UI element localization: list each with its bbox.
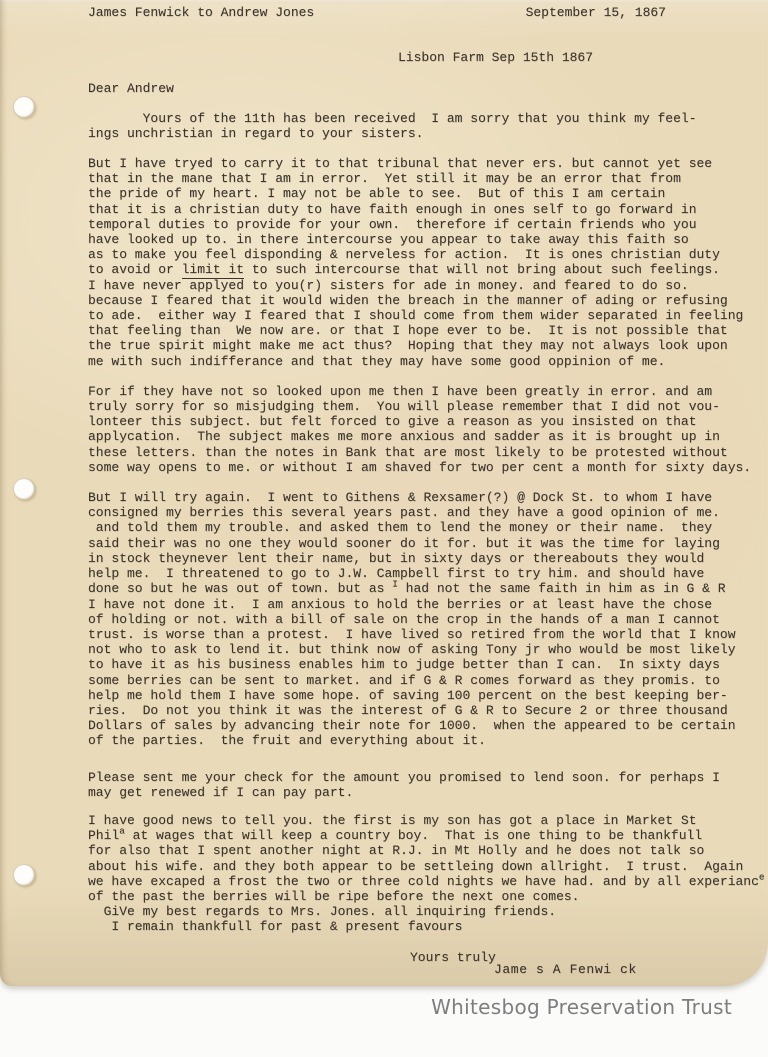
letter-paper: James Fenwick to Andrew Jones September … bbox=[0, 0, 768, 986]
dateline: Lisbon Farm Sep 15th 1867 bbox=[398, 50, 768, 65]
document-header: James Fenwick to Andrew Jones September … bbox=[0, 0, 768, 20]
punch-hole-top bbox=[13, 96, 35, 118]
paragraph: For if they have not so looked upon me t… bbox=[88, 384, 760, 475]
paragraph: Please sent me your check for the amount… bbox=[88, 770, 760, 800]
paragraph: But I will try again. I went to Githens … bbox=[88, 490, 760, 748]
paragraph: I have good news to tell you. the first … bbox=[88, 813, 760, 935]
punch-hole-bottom bbox=[13, 864, 35, 886]
watermark-text: Whitesbog Preservation Trust bbox=[431, 995, 732, 1019]
salutation: Dear Andrew bbox=[88, 81, 768, 96]
scanned-letter-page: { "colors": { "paper": "#e9dab9", "ink":… bbox=[0, 0, 768, 1057]
letter-body: Yours of the 11th has been received I am… bbox=[88, 111, 760, 935]
signature: Jame s A Fenwi ck bbox=[494, 962, 768, 977]
punch-hole-middle bbox=[13, 478, 35, 500]
paragraph: Yours of the 11th has been received I am… bbox=[88, 111, 760, 141]
header-sender-recipient: James Fenwick to Andrew Jones bbox=[88, 5, 314, 20]
paragraph: But I have tryed to carry it to that tri… bbox=[88, 156, 760, 369]
header-date: September 15, 1867 bbox=[526, 5, 666, 20]
